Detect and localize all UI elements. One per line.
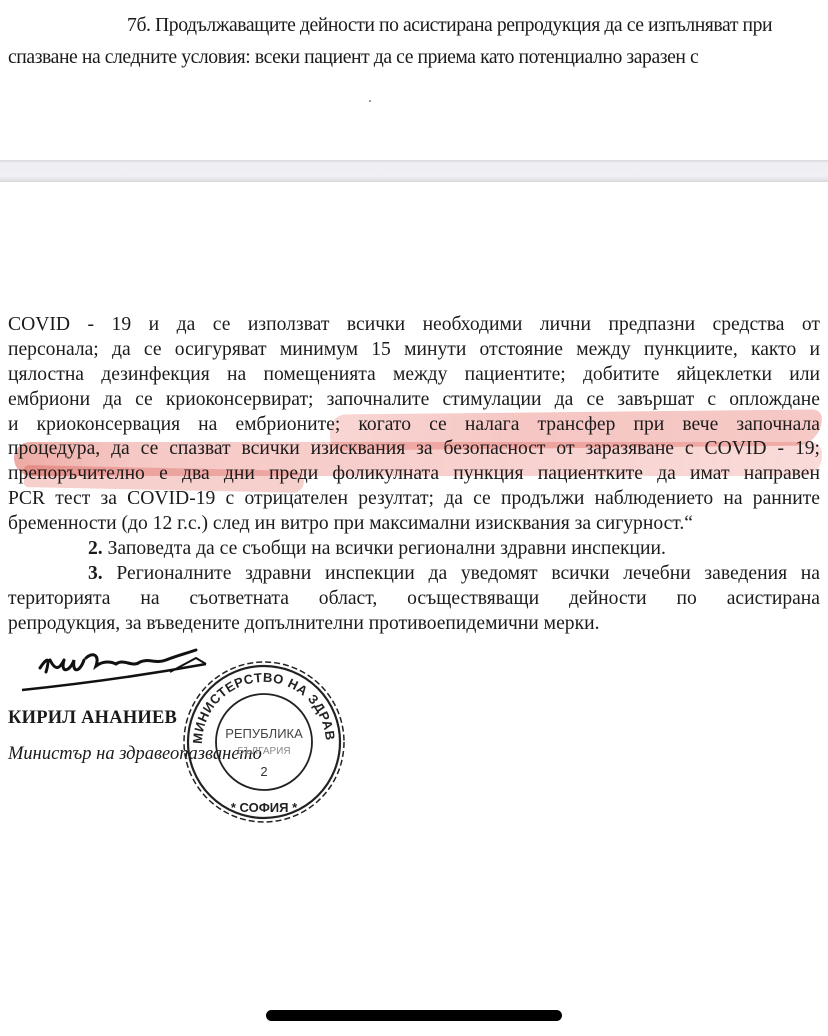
paragraph-line-1: Продължаващите дейности по асистирана ре… [155, 14, 772, 36]
stamp-inner-line-1: РЕПУБЛИКА [225, 726, 303, 741]
stamp-number: 2 [260, 764, 267, 779]
document-body: COVID - 19 и да се използват всички необ… [8, 313, 820, 637]
item-2: 2. Заповедта да се съобщи на всички реги… [8, 537, 820, 562]
stamp-bottom-text: * СОФИЯ * [231, 800, 298, 815]
text-line: репродукция, за въведените допълнителни … [8, 612, 820, 637]
text-line: персонала; да се осигуряват минимум 15 м… [8, 338, 820, 363]
text-line: и криоконсервация на ембрионите; когато … [8, 413, 820, 438]
item-3-line-1: Регионалните здравни инспекции да уведом… [116, 563, 820, 584]
stamp-inner-line-2: БЪЛГАРИЯ [237, 746, 290, 757]
text-line: бременности (до 12 г.с.) след ин витро п… [8, 512, 820, 537]
paragraph-line-2: спазване на следните условия: всеки паци… [8, 46, 698, 68]
item-2-text: Заповедта да се съобщи на всички региона… [108, 538, 666, 559]
paragraph-7b: 7б. Продължаващите дейности по асистиран… [8, 9, 824, 73]
item-3: 3. Регионалните здравни инспекции да уве… [8, 562, 820, 587]
text-line: ембриони да се криоконсервират; започнал… [8, 388, 820, 413]
previous-page-fragment: 7б. Продължаващите дейности по асистиран… [0, 0, 828, 160]
text-line: цялостна дезинфекция на помещенията межд… [8, 363, 820, 388]
text-line: препоръчително е два дни преди фоликулна… [8, 462, 820, 487]
paragraph-number: 7б. [127, 14, 150, 36]
text-line: COVID - 19 и да се използват всички необ… [8, 313, 820, 338]
official-stamp: МИНИСТЕРСТВО НА ЗДРАВЕОПАЗВАНЕТО * СОФИЯ… [178, 652, 348, 828]
item-2-number: 2. [88, 538, 103, 559]
text-line: процедура, да се спазват всички изискван… [8, 437, 820, 462]
home-indicator[interactable] [266, 1010, 562, 1021]
page-separator [0, 160, 828, 182]
signer-name: КИРИЛ АНАНИЕВ [8, 708, 177, 729]
item-3-number: 3. [88, 563, 103, 584]
scan-speck [369, 100, 371, 102]
text-line: PCR тест за COVID-19 с отрицателен резул… [8, 487, 820, 512]
text-line: територията на съответната област, осъще… [8, 587, 820, 612]
